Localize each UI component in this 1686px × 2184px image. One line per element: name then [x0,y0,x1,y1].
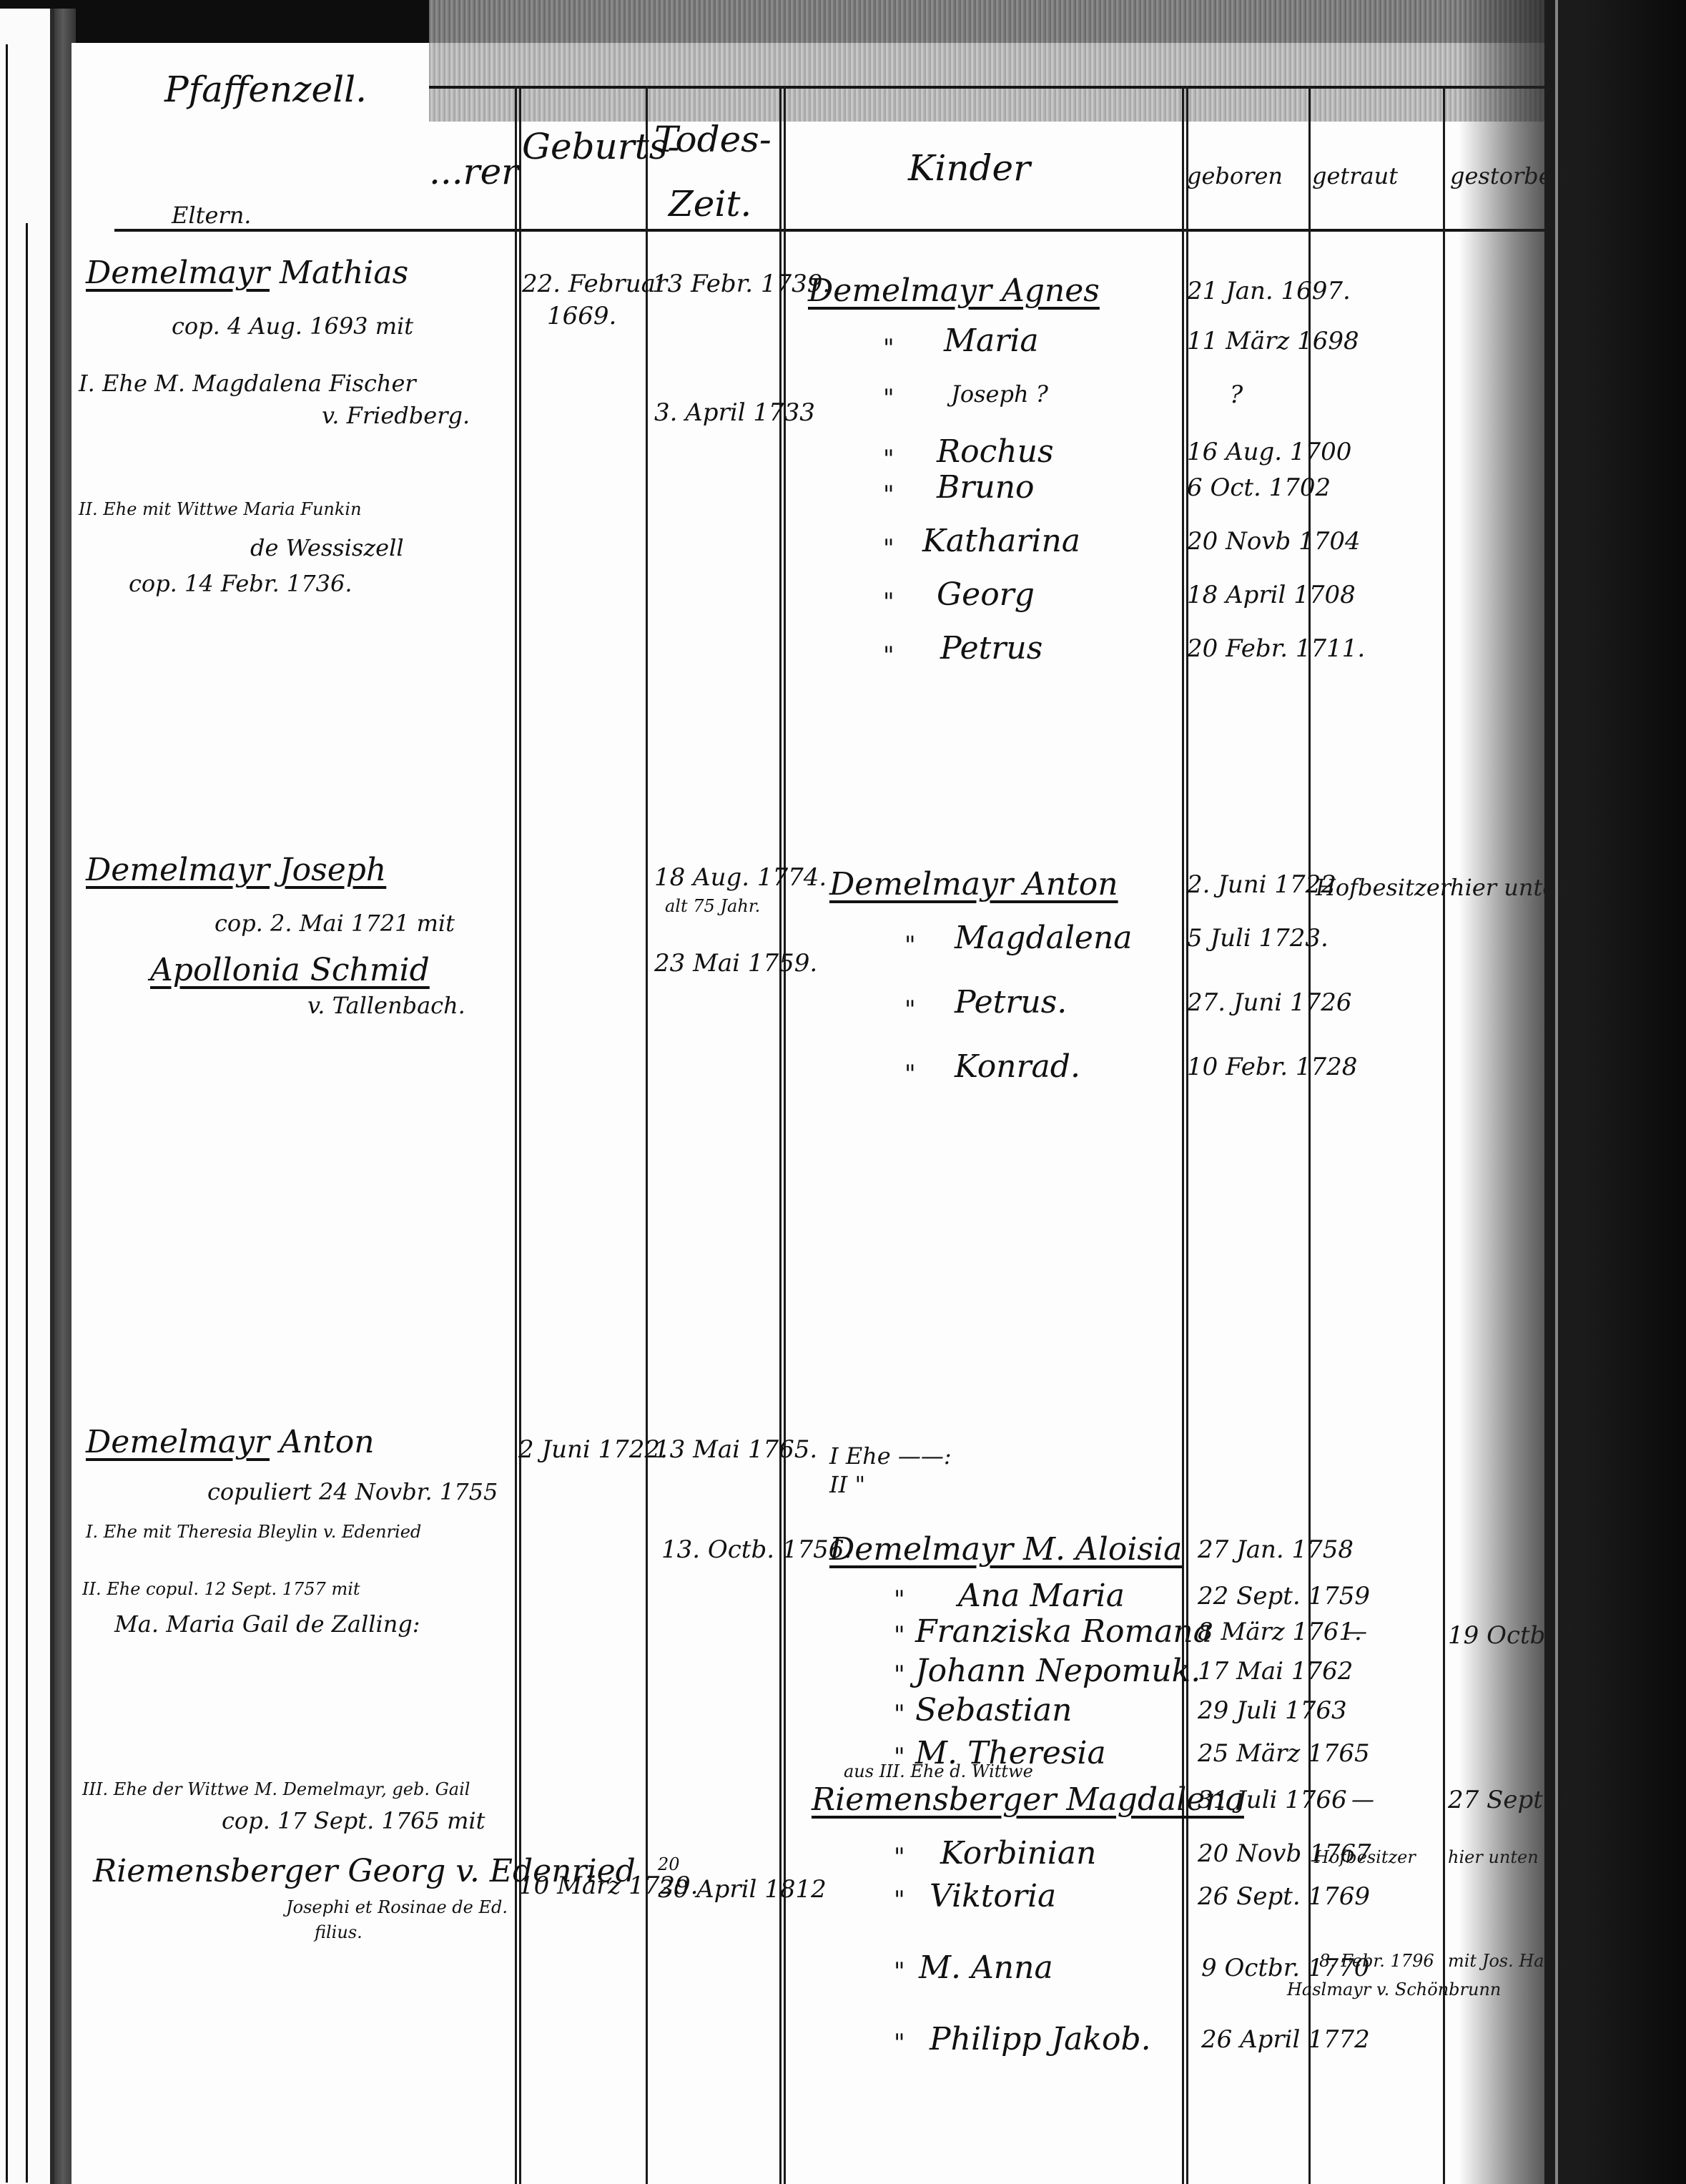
facing-page-rule [26,223,28,2183]
child-name: Demelmayr Anton [829,866,1118,902]
child-married: 8. Febr. 1796 [1319,1952,1434,1969]
ditto-mark: " [883,336,894,360]
husband-surname: Demelmayr [86,255,270,291]
ditto-mark: " [894,1663,905,1687]
child-born: 16 Aug. 1700 [1187,440,1351,464]
child-born: 25 März 1765 [1198,1741,1370,1766]
child-married: — [1351,1788,1374,1811]
register-page: Pfaffenzell. ...rer Eltern. Geburts- Tod… [72,43,1544,2184]
death-date-first-wife: 13. Octb. 1756. [661,1538,852,1562]
child-married: Hofbesitzer [1316,876,1451,899]
birth-date: 2 Juni 1722. [518,1437,668,1462]
child-born: 26 April 1772 [1201,2027,1370,2052]
ditto-mark: " [883,590,894,614]
death-date-husband: 13 Febr. 1739. [652,272,830,296]
child-married: Hofbesitzer [1314,1849,1416,1866]
ditto-mark: " [883,536,894,561]
header-bottom-rule [114,229,1544,232]
second-wife: Ma. Maria Gail de Zalling: [114,1613,420,1635]
column-divider-birth [646,86,648,2184]
child-name: Konrad. [955,1051,1080,1083]
child-born: 31 Juli 1766 [1198,1788,1347,1812]
ditto-mark: " [883,644,894,668]
column-divider-children [1182,86,1188,2184]
second-wife-origin: de Wessiszell [250,536,404,559]
ditto-mark: " [883,386,894,410]
child-name: Petrus. [955,987,1067,1018]
header-children: Kinder [908,150,1030,186]
death-date-husband: 13 Mai 1765. [654,1437,817,1462]
ditto-mark: " [894,1888,905,1912]
book-spine-shadow [1459,0,1686,2184]
ditto-mark: " [894,2031,905,2055]
husband-surname: Demelmayr [86,1424,270,1460]
child-name: Magdalena [955,923,1133,954]
ditto-mark: " [894,1623,905,1648]
husband-name: Anton [280,1424,375,1460]
torn-top-edge [429,0,1544,122]
header-born: geboren [1187,164,1283,187]
second-marriage-date: cop. 14 Febr. 1736. [129,572,353,595]
ditto-mark: " [894,1959,905,1984]
child-born: 27 Jan. 1758 [1198,1538,1354,1562]
child-name: Ana Maria [958,1580,1125,1612]
first-marriage-record: I. Ehe mit Theresia Bleylin v. Edenried [86,1523,421,1540]
book-spine-edge [1555,0,1558,2184]
marriage-key-2: II " [829,1473,865,1496]
child-born: 27. Juni 1726 [1187,990,1352,1015]
death-age: alt 75 Jahr. [665,897,760,915]
birth-date: 22. Februar [522,272,667,296]
ditto-mark: " [894,1845,905,1869]
death-date-husband: 18 Aug. 1774. [654,865,827,890]
header-death: Todes- [654,122,771,157]
child-name: Riemensberger Magdalena [812,1781,1244,1818]
marriage-record: cop. 4 Aug. 1693 mit [172,315,413,338]
child-name: Philipp Jakob. [930,2024,1151,2055]
facing-page-edge [0,9,54,2184]
husband-surname: Demelmayr [86,852,270,888]
wife-origin: v. Friedberg. [322,404,470,427]
ditto-mark: " [904,1062,916,1086]
ditto-mark: " [883,447,894,471]
child-born: 20 Febr. 1711. [1187,636,1365,661]
marriage-record: copuliert 24 Novbr. 1755 [207,1480,498,1503]
child-born: 10 Febr. 1728 [1187,1055,1357,1079]
child-married: — [1344,1620,1367,1643]
death-date-wife: 23 Mai 1759. [654,951,817,975]
child-born: 17 Mai 1762 [1198,1659,1353,1683]
child-name: Bruno [937,472,1035,503]
child-name: Georg [937,579,1035,611]
child-born: 22 Sept. 1759 [1198,1584,1370,1608]
child-name: Petrus [940,633,1042,664]
child-name: Franziska Romana [915,1616,1212,1648]
column-divider-married [1443,86,1445,2184]
child-born: 11 März 1698 [1187,329,1359,353]
third-marriage-date: cop. 17 Sept. 1765 mit [222,1809,485,1832]
second-marriage-record: II. Ehe copul. 12 Sept. 1757 mit [82,1580,360,1598]
child-name: Joseph ? [951,383,1048,405]
birth-year: 1669. [547,304,616,328]
husband-name: Mathias [280,255,408,291]
third-husband-parents: Josephi et Rosinae de Ed. [286,1899,508,1916]
ditto-mark: " [904,998,916,1022]
child-name: Sebastian [915,1695,1072,1726]
child-name: Rochus [937,436,1054,468]
wife-origin: v. Tallenbach. [307,994,465,1017]
child-born: 20 Novb 1704 [1187,529,1361,554]
child-born: 29 Juli 1763 [1198,1698,1347,1723]
child-name: Korbinian [940,1838,1096,1869]
third-husband-note: filius. [315,1924,363,1941]
child-born: 18 April 1708 [1187,583,1356,607]
child-born: 21 Jan. 1697. [1187,279,1351,303]
marriage-record: cop. 2. Mai 1721 mit [215,912,455,935]
ditto-mark: " [894,1702,905,1726]
place-heading: Pfaffenzell. [164,72,367,107]
child-note: aus III. Ehe d. Wittwe [844,1763,1033,1780]
header-time: Zeit. [669,186,751,222]
death-date-third-husband: 30 April 1812 [658,1877,827,1902]
death-day-correction: 20 [658,1856,680,1873]
child-born: 2. Juni 1722 [1187,872,1336,897]
child-born: ? [1230,383,1243,407]
wife-record: I. Ehe M. Magdalena Fischer [79,372,416,395]
child-name: Demelmayr M. Aloisia [829,1531,1182,1568]
child-name: Viktoria [930,1881,1056,1912]
second-marriage-record: II. Ehe mit Wittwe Maria Funkin [79,501,362,518]
child-born: 8 März 1761. [1198,1620,1362,1644]
wife-record: Apollonia Schmid [150,952,430,988]
facing-page-rule [6,44,8,2183]
child-name: Johann Nepomuk. [915,1656,1201,1687]
header-parents-sub: Eltern. [172,204,251,227]
header-married: getraut [1312,164,1398,187]
child-name: M. Anna [919,1952,1053,1984]
child-born: 5 Juli 1723. [1187,926,1328,950]
ditto-mark: " [883,483,894,507]
child-name: Katharina [922,526,1080,557]
header-top-rule [429,86,1544,89]
marriage-key-1: I Ehe ——: [829,1445,952,1467]
death-date-wife: 3. April 1733 [654,400,815,425]
ditto-mark: " [894,1588,905,1612]
child-name: Maria [944,325,1039,357]
third-marriage-record: III. Ehe der Wittwe M. Demelmayr, geb. G… [82,1781,470,1798]
child-name: Demelmayr Agnes [808,272,1100,309]
husband-name: Joseph [280,852,386,888]
header-parents-fragment: ...rer [429,154,518,190]
ditto-mark: " [904,933,916,958]
column-divider-born [1308,86,1311,2184]
child-born: 6 Oct. 1702 [1187,476,1331,500]
child-born: 26 Sept. 1769 [1198,1884,1370,1909]
